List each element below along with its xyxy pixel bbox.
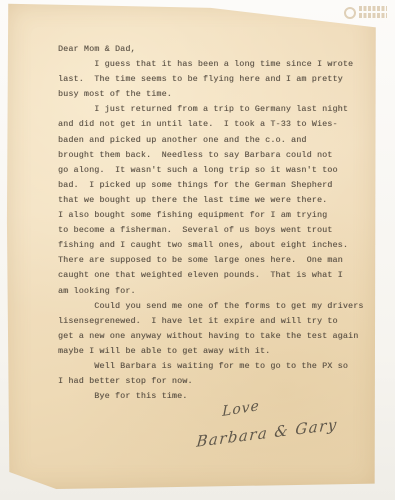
typed-line: go along. It wasn't such a long trip so … bbox=[58, 163, 364, 178]
watermark-circle-icon bbox=[344, 7, 356, 19]
typed-line: I just returned from a trip to Germany l… bbox=[58, 102, 364, 117]
typed-line: There are supposed to be some large ones… bbox=[58, 253, 364, 268]
letter-body: Dear Mom & Dad, I guess that it has been… bbox=[58, 42, 364, 404]
typed-line: I had better stop for now. bbox=[58, 374, 364, 389]
typed-line: I guess that it has been a long time sin… bbox=[58, 57, 364, 72]
typed-line: and did not get in until late. I took a … bbox=[58, 117, 364, 132]
typed-line: maybe I will be able to get away with it… bbox=[58, 344, 364, 359]
auction-watermark-icon bbox=[344, 6, 392, 28]
typed-line: get a new one anyway without having to t… bbox=[58, 329, 364, 344]
typed-line: to become a fisherman. Several of us boy… bbox=[58, 223, 364, 238]
typed-line: caught one that weighted eleven pounds. … bbox=[58, 268, 364, 283]
letter-paper: Dear Mom & Dad, I guess that it has been… bbox=[6, 2, 378, 490]
watermark-text-icon bbox=[359, 6, 387, 20]
typed-line: bad. I picked up some things for the Ger… bbox=[58, 178, 364, 193]
typed-line: busy most of the time. bbox=[58, 87, 364, 102]
typed-line: baden and picked up another one and the … bbox=[58, 133, 364, 148]
typed-line: am looking for. bbox=[58, 284, 364, 299]
salutation: Dear Mom & Dad, bbox=[58, 42, 364, 57]
typed-line: last. The time seems to be flying here a… bbox=[58, 72, 364, 87]
typed-line: lisensegrenewed. I have let it expire an… bbox=[58, 314, 364, 329]
letter-photo: Dear Mom & Dad, I guess that it has been… bbox=[0, 0, 395, 500]
typed-line: fishing and I caught two small ones, abo… bbox=[58, 238, 364, 253]
typed-line: brought them back. Needless to say Barba… bbox=[58, 148, 364, 163]
typed-line: I also bought some fishing equipment for… bbox=[58, 208, 364, 223]
typed-line: Could you send me one of the forms to ge… bbox=[58, 299, 364, 314]
typed-line: Bye for this time. bbox=[58, 389, 364, 404]
typed-line: that we bought up there the last time we… bbox=[58, 193, 364, 208]
typed-line: Well Barbara is waiting for me to go to … bbox=[58, 359, 364, 374]
signature-names: Barbara & Gary bbox=[196, 415, 339, 451]
